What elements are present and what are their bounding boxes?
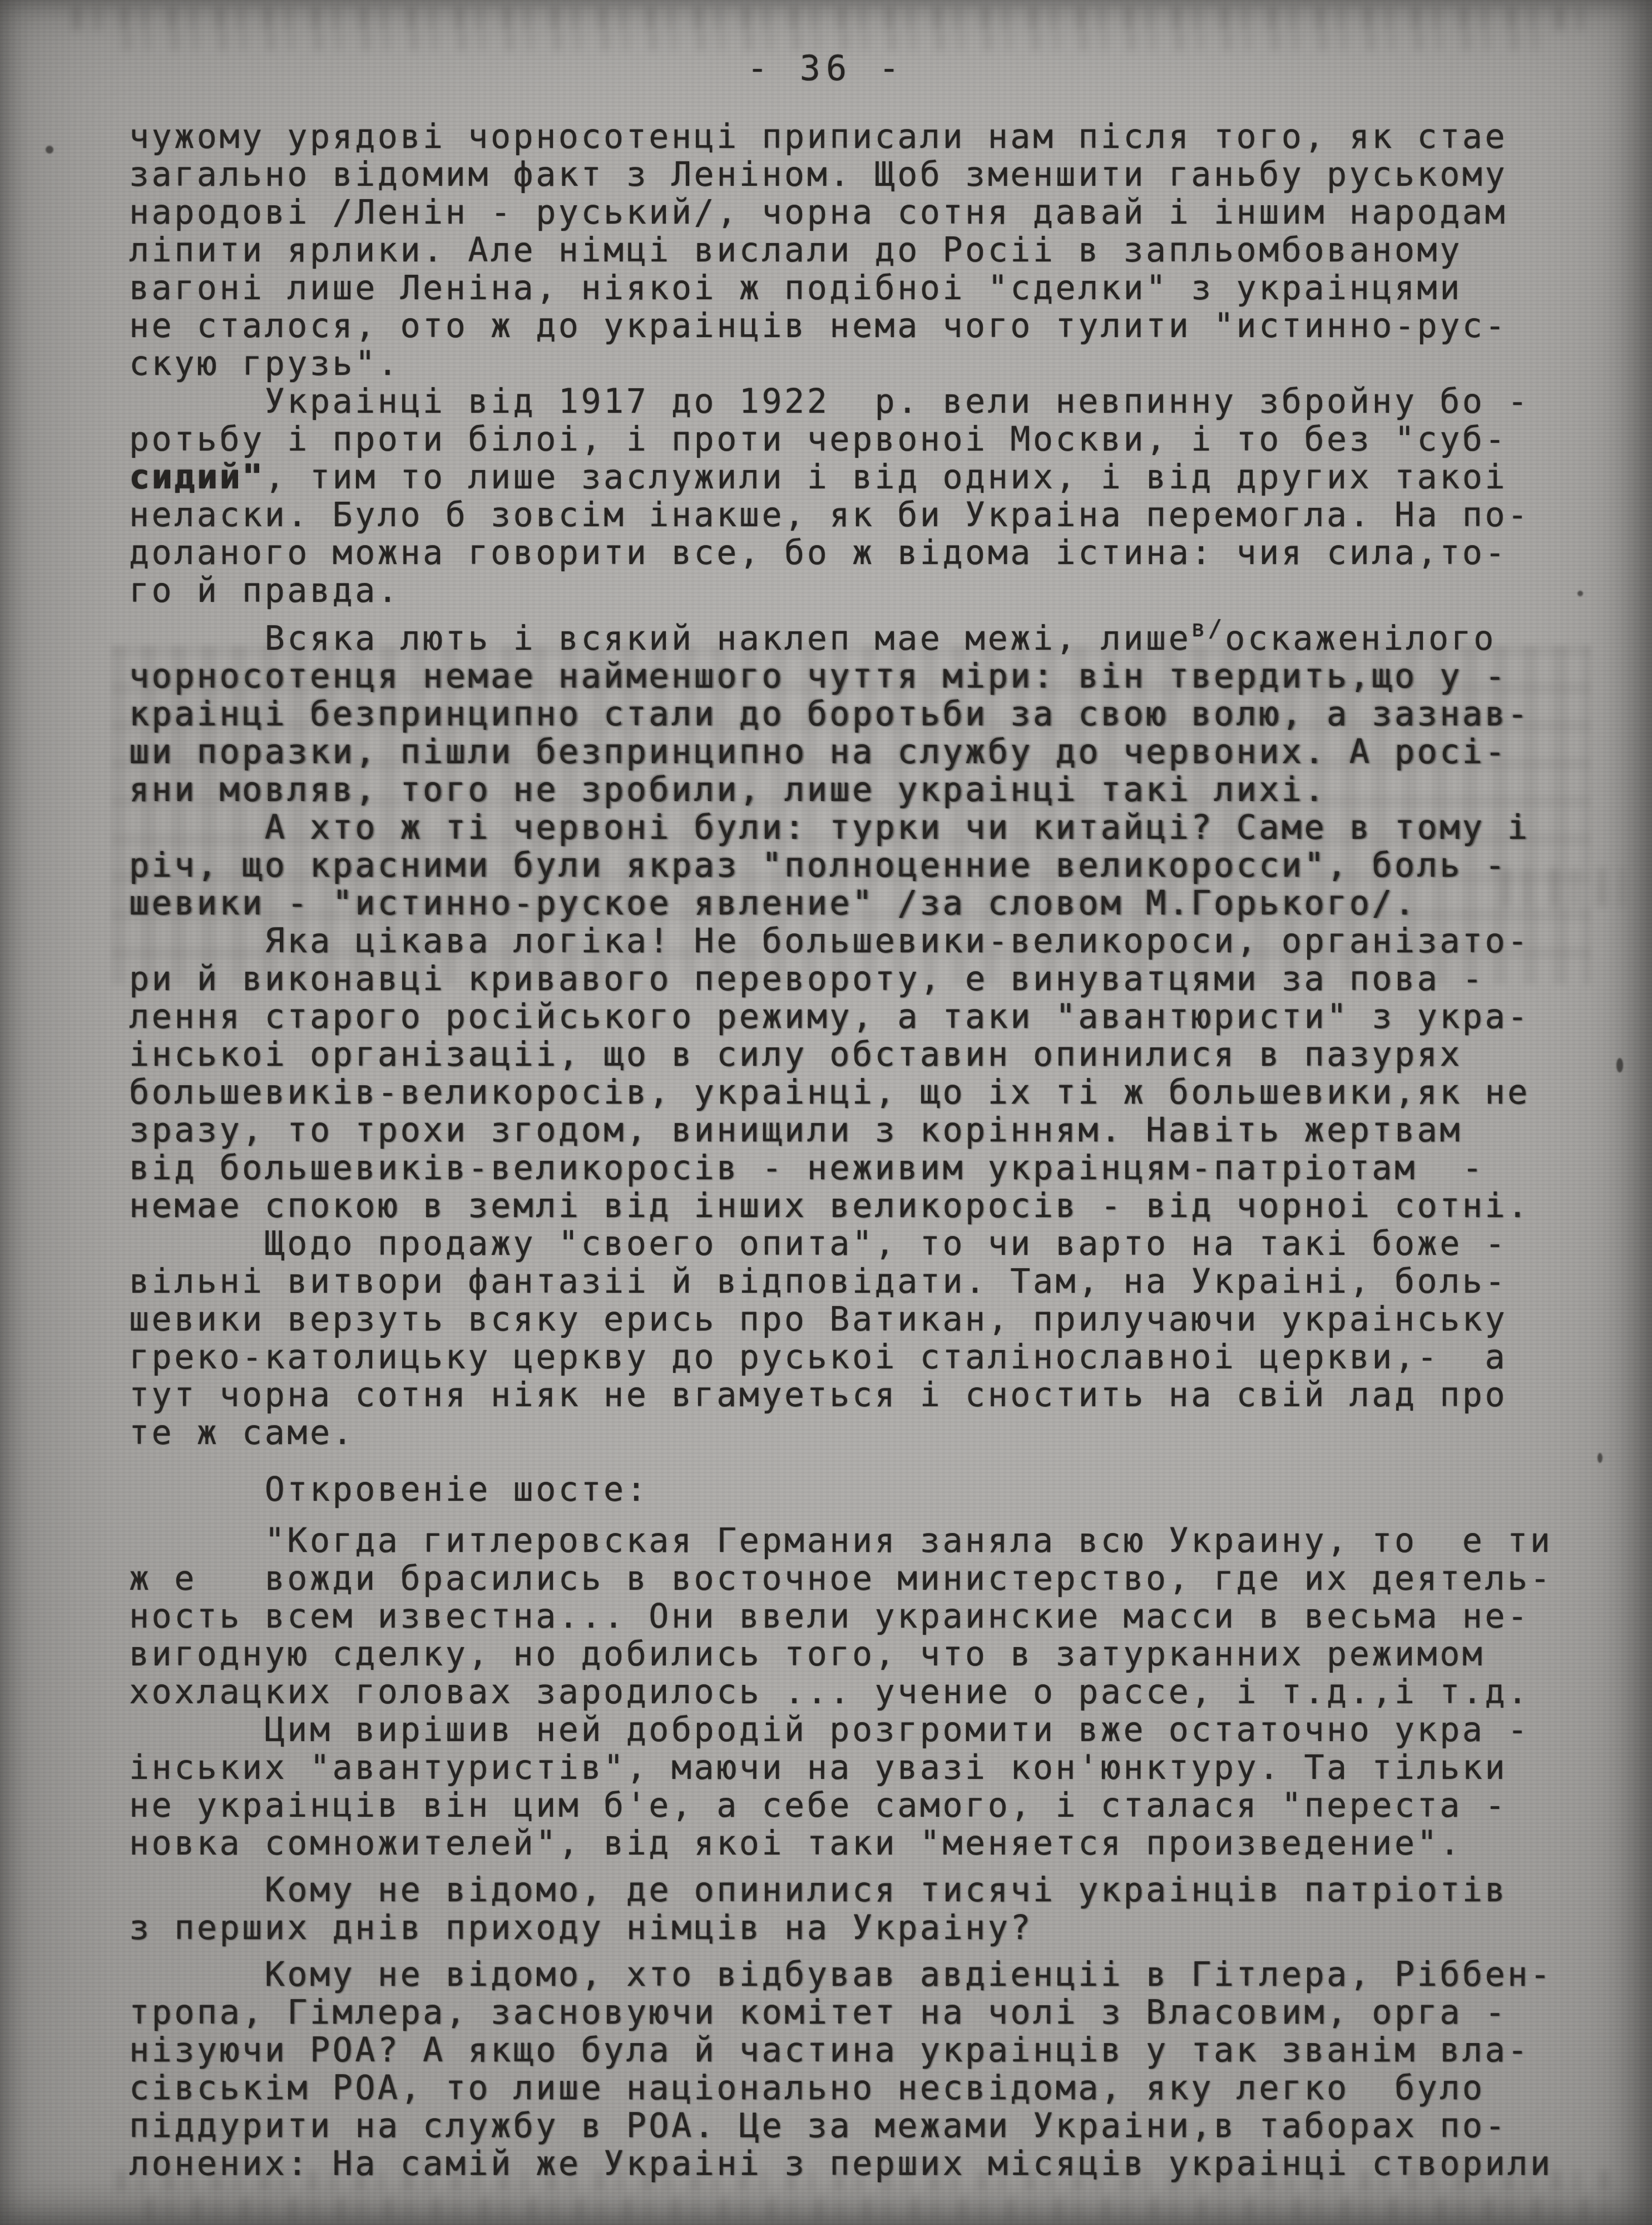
text-body: чужому урядові чорносотенці приписали на… bbox=[129, 118, 1592, 2183]
overstruck-word: сидий" bbox=[129, 458, 265, 497]
paragraph-2: Украінці від 1917 до 1922 р. вели невпин… bbox=[129, 383, 1592, 610]
paragraph-5-lines: Яка цікава логіка! Не большевики-великор… bbox=[129, 922, 1592, 1225]
ink-speck-2 bbox=[1616, 1058, 1623, 1072]
ink-speck-4 bbox=[1597, 1453, 1602, 1463]
paragraph-2-overstrike-line: сидий", тим то лише заслужили і від одни… bbox=[129, 458, 1592, 496]
paragraph-7: Откровеніе шосте: bbox=[129, 1471, 1592, 1509]
ink-speck-1 bbox=[46, 146, 53, 154]
insert-line-end: оскаженілого bbox=[1225, 619, 1496, 658]
paragraph-4-lines: А хто ж ті червоні були: турки чи китайц… bbox=[129, 809, 1592, 922]
typed-insertion-mark: в/ bbox=[1191, 615, 1225, 642]
paragraph-10-lines: Кому не відомо, де опинилися тисячі укра… bbox=[129, 1871, 1592, 1947]
paragraph-10: Кому не відомо, де опинилися тисячі укра… bbox=[129, 1871, 1592, 1947]
page-number: - 36 - bbox=[0, 48, 1652, 88]
scanned-page: - 36 - чужому урядові чорносотенці припи… bbox=[0, 0, 1652, 2225]
paragraph-5: Яка цікава логіка! Не большевики-великор… bbox=[129, 922, 1592, 1225]
paragraph-8-lines: "Когда гитлеровская Германия заняла всю … bbox=[129, 1522, 1592, 1711]
insert-line-start: Всяка лють і всякий наклеп мае межі, лиш… bbox=[129, 619, 1191, 658]
paragraph-11-lines: Кому не відомо, хто відбував авдіенціі в… bbox=[129, 1956, 1592, 2183]
paragraph-6: Щодо продажу "своего опита", то чи варто… bbox=[129, 1225, 1592, 1452]
paragraph-3-first-line: Всяка лють і всякий наклеп мае межі, лиш… bbox=[129, 610, 1592, 657]
paragraph-1-lines: чужому урядові чорносотенці приписали на… bbox=[129, 118, 1592, 383]
scan-smudge-top bbox=[72, 7, 1591, 30]
paragraph-3-lines: чорносотенця немае найменшого чуття міри… bbox=[129, 657, 1592, 809]
paragraph-11: Кому не відомо, хто відбував авдіенціі в… bbox=[129, 1956, 1592, 2183]
paragraph-8-quote: "Когда гитлеровская Германия заняла всю … bbox=[129, 1522, 1592, 1711]
paragraph-2-lines-bottom: неласки. Було б зовсім інакше, як би Укр… bbox=[129, 496, 1592, 610]
paragraph-9: Цим вирішив ней добродій розгромити вже … bbox=[129, 1711, 1592, 1862]
paragraph-3: Всяка лють і всякий наклеп мае межі, лиш… bbox=[129, 610, 1592, 809]
overstrike-line-rest: , тим то лише заслужили і від одних, і в… bbox=[265, 458, 1507, 497]
paragraph-1: чужому урядові чорносотенці приписали на… bbox=[129, 118, 1592, 383]
paragraph-2-lines-top: Украінці від 1917 до 1922 р. вели невпин… bbox=[129, 383, 1592, 458]
paragraph-6-lines: Щодо продажу "своего опита", то чи варто… bbox=[129, 1225, 1592, 1452]
scan-smudge-bottom-2 bbox=[145, 2198, 1619, 2221]
paragraph-9-lines: Цим вирішив ней добродій розгромити вже … bbox=[129, 1711, 1592, 1862]
paragraph-7-lines: Откровеніе шосте: bbox=[129, 1471, 1592, 1509]
paragraph-4: А хто ж ті червоні були: турки чи китайц… bbox=[129, 809, 1592, 922]
